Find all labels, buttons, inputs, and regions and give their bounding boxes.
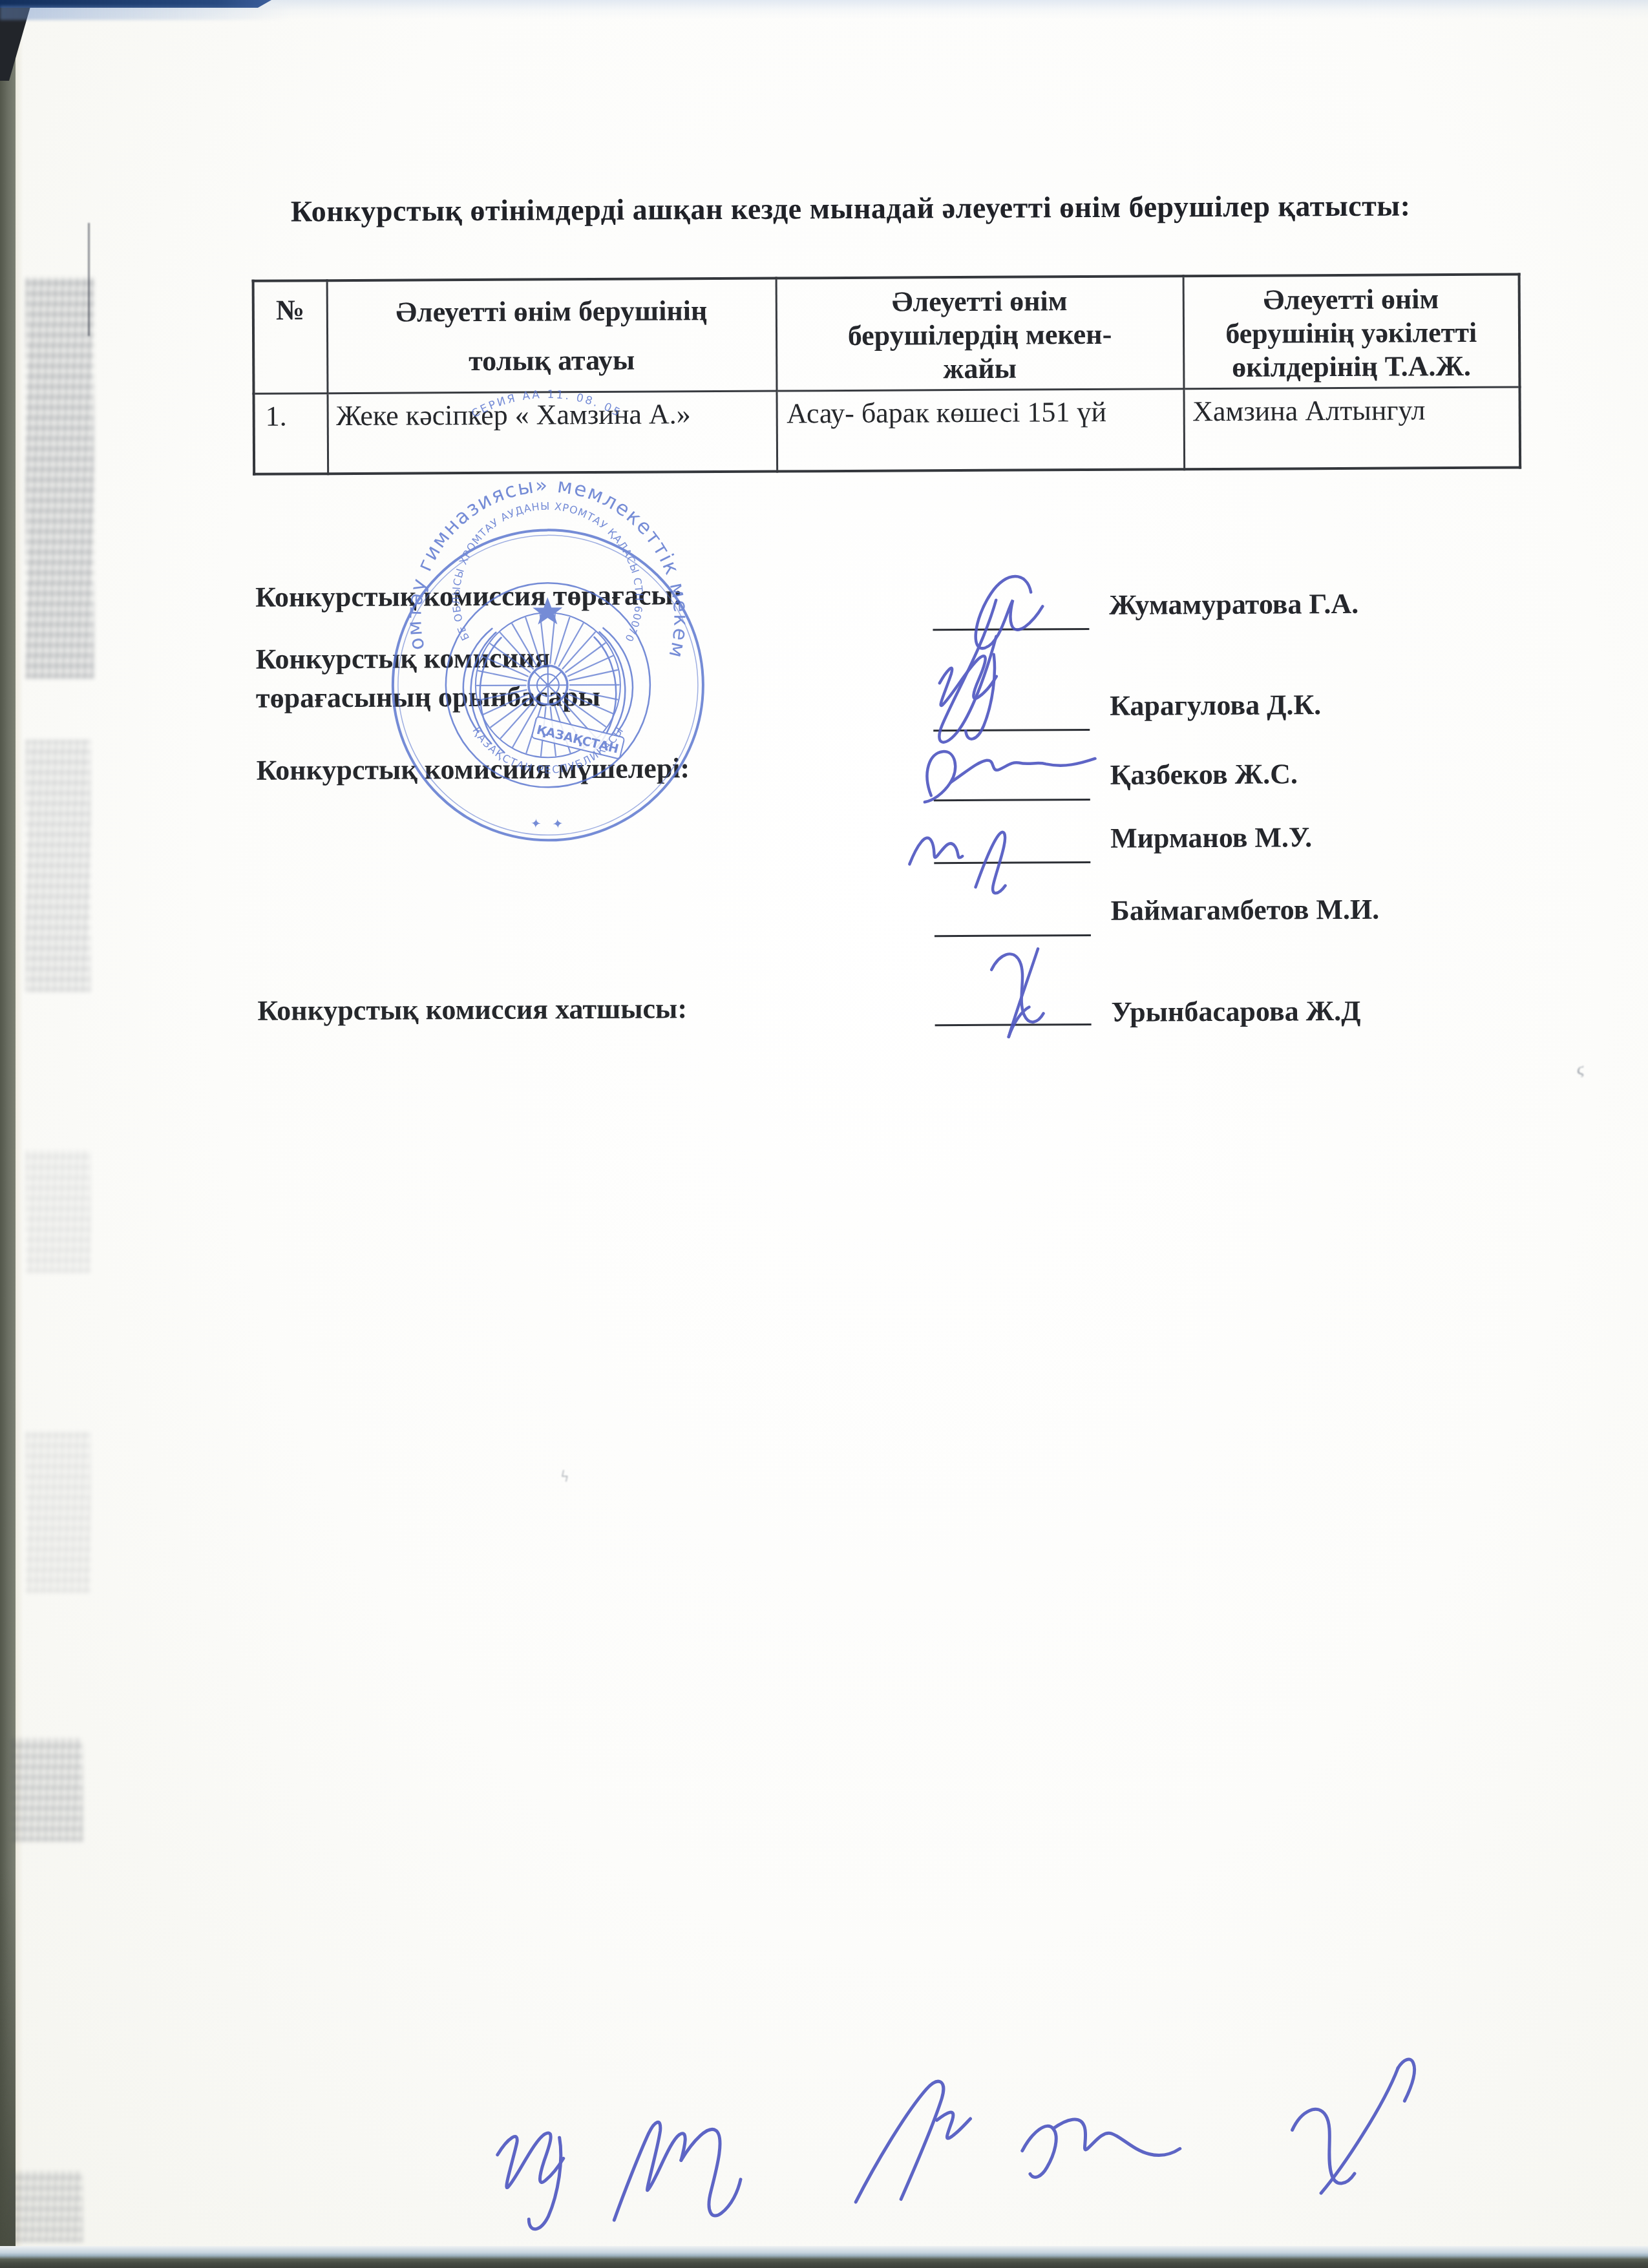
signatory-name: Мирманов М.У. [1110, 821, 1312, 855]
signature-stroke [855, 2081, 944, 2202]
header-line: Әлеуетті өнім [1185, 282, 1517, 318]
label-commission-members: Конкурстық комисиия мүшелері: [256, 749, 690, 790]
label-commission-chair: Конкурстық комиссия төрағасы: [255, 576, 682, 616]
header-line: берушілердің мекен- [777, 317, 1181, 353]
signature-stroke [940, 656, 997, 706]
signature-stroke [909, 837, 962, 864]
signature-line [934, 861, 1090, 864]
table-row: 1. Жеке кәсіпкер « Хамзина А.» Асау- бар… [254, 387, 1521, 474]
signatory-name: Жумамуратова Г.А. [1109, 587, 1358, 622]
column-header-number: № [253, 280, 328, 394]
label-line: төрағасының орынбасары [256, 677, 600, 718]
table-header-row: № Әлеуетті өнім берушінің толық атауы Әл… [253, 274, 1520, 394]
scanned-document-page: { "page": { "title": "Конкурстық өтінімд… [0, 0, 1648, 2268]
document-content: Конкурстық өтінімдерді ашқан кезде мынад… [0, 0, 1648, 2268]
signature-stroke [681, 2129, 741, 2216]
label-line: Конкурстық комиссия төрағасы: [255, 576, 682, 616]
svg-text:✦ ✦: ✦ ✦ [530, 815, 568, 832]
signature-line [933, 628, 1089, 631]
signature-stroke [1398, 2059, 1415, 2101]
cell-number: 1. [254, 394, 328, 474]
label-line: Конкурстық комисиия [256, 638, 600, 679]
suppliers-table: № Әлеуетті өнім берушінің толық атауы Әл… [252, 273, 1522, 475]
stamp-bottom-marks: ✦ ✦ [530, 815, 568, 832]
header-line: толық атауы [329, 335, 775, 387]
label-deputy-chair: Конкурстық комисиия төрағасының орынбаса… [256, 638, 601, 718]
signatory-name: Баймагамбетов М.И. [1111, 893, 1380, 927]
signature-stroke [1292, 2109, 1355, 2183]
signature-line [933, 729, 1090, 731]
header-line: жайы [778, 351, 1182, 386]
signature-stroke [1008, 1007, 1029, 1036]
signature-stroke [1022, 2126, 1057, 2177]
signature-line [935, 1024, 1092, 1026]
label-commission-secretary: Конкурстық комиссия хатшысы: [257, 989, 687, 1030]
document-title: Конкурстық өтінімдерді ашқан кезде мынад… [291, 188, 1411, 228]
cell-supplier-name: Жеке кәсіпкер « Хамзина А.» [328, 391, 777, 474]
signature-stroke [1053, 2119, 1180, 2156]
signature-stroke [975, 576, 1042, 649]
column-header-address: Әлеуетті өнім берушілердің мекен- жайы [776, 276, 1184, 391]
signatory-name: Карагулова Д.К. [1110, 688, 1321, 722]
signatory-name: Урынбасарова Ж.Д [1111, 994, 1360, 1029]
signature-stroke [966, 655, 995, 739]
signature-stroke [950, 759, 1095, 782]
signature-line [934, 799, 1090, 801]
header-line: Әлеуетті өнім берушінің [328, 286, 774, 338]
header-line: № [255, 293, 326, 328]
cell-representative: Хамзина Алтынгул [1183, 387, 1520, 469]
signature-stroke [924, 751, 955, 802]
header-line: өкілдерінің Т.А.Ж. [1185, 350, 1518, 385]
cell-address: Асау- барак көшесі 151 үй [777, 389, 1185, 472]
signature-stroke [991, 954, 1044, 1022]
header-line: Әлеуетті өнім [777, 284, 1181, 319]
signatory-name: Қазбеков Ж.С. [1110, 757, 1298, 792]
signature-stroke [936, 2112, 970, 2139]
signature-stroke [1320, 2068, 1399, 2194]
signature-stroke [529, 2137, 562, 2229]
signature-stroke [498, 2133, 564, 2188]
signature-stroke [614, 2122, 686, 2220]
label-line: Конкурстық комиссия хатшысы: [257, 989, 687, 1030]
header-line: берушінің уәкілетті [1185, 316, 1517, 352]
label-line: Конкурстық комисиия мүшелері: [256, 749, 690, 790]
signature-stroke [938, 600, 997, 742]
column-header-supplier-name: Әлеуетті өнім берушінің толық атауы [327, 278, 777, 394]
column-header-representative: Әлеуетті өнім берушінің уәкілетті өкілде… [1183, 274, 1520, 388]
signature-line [935, 934, 1091, 937]
